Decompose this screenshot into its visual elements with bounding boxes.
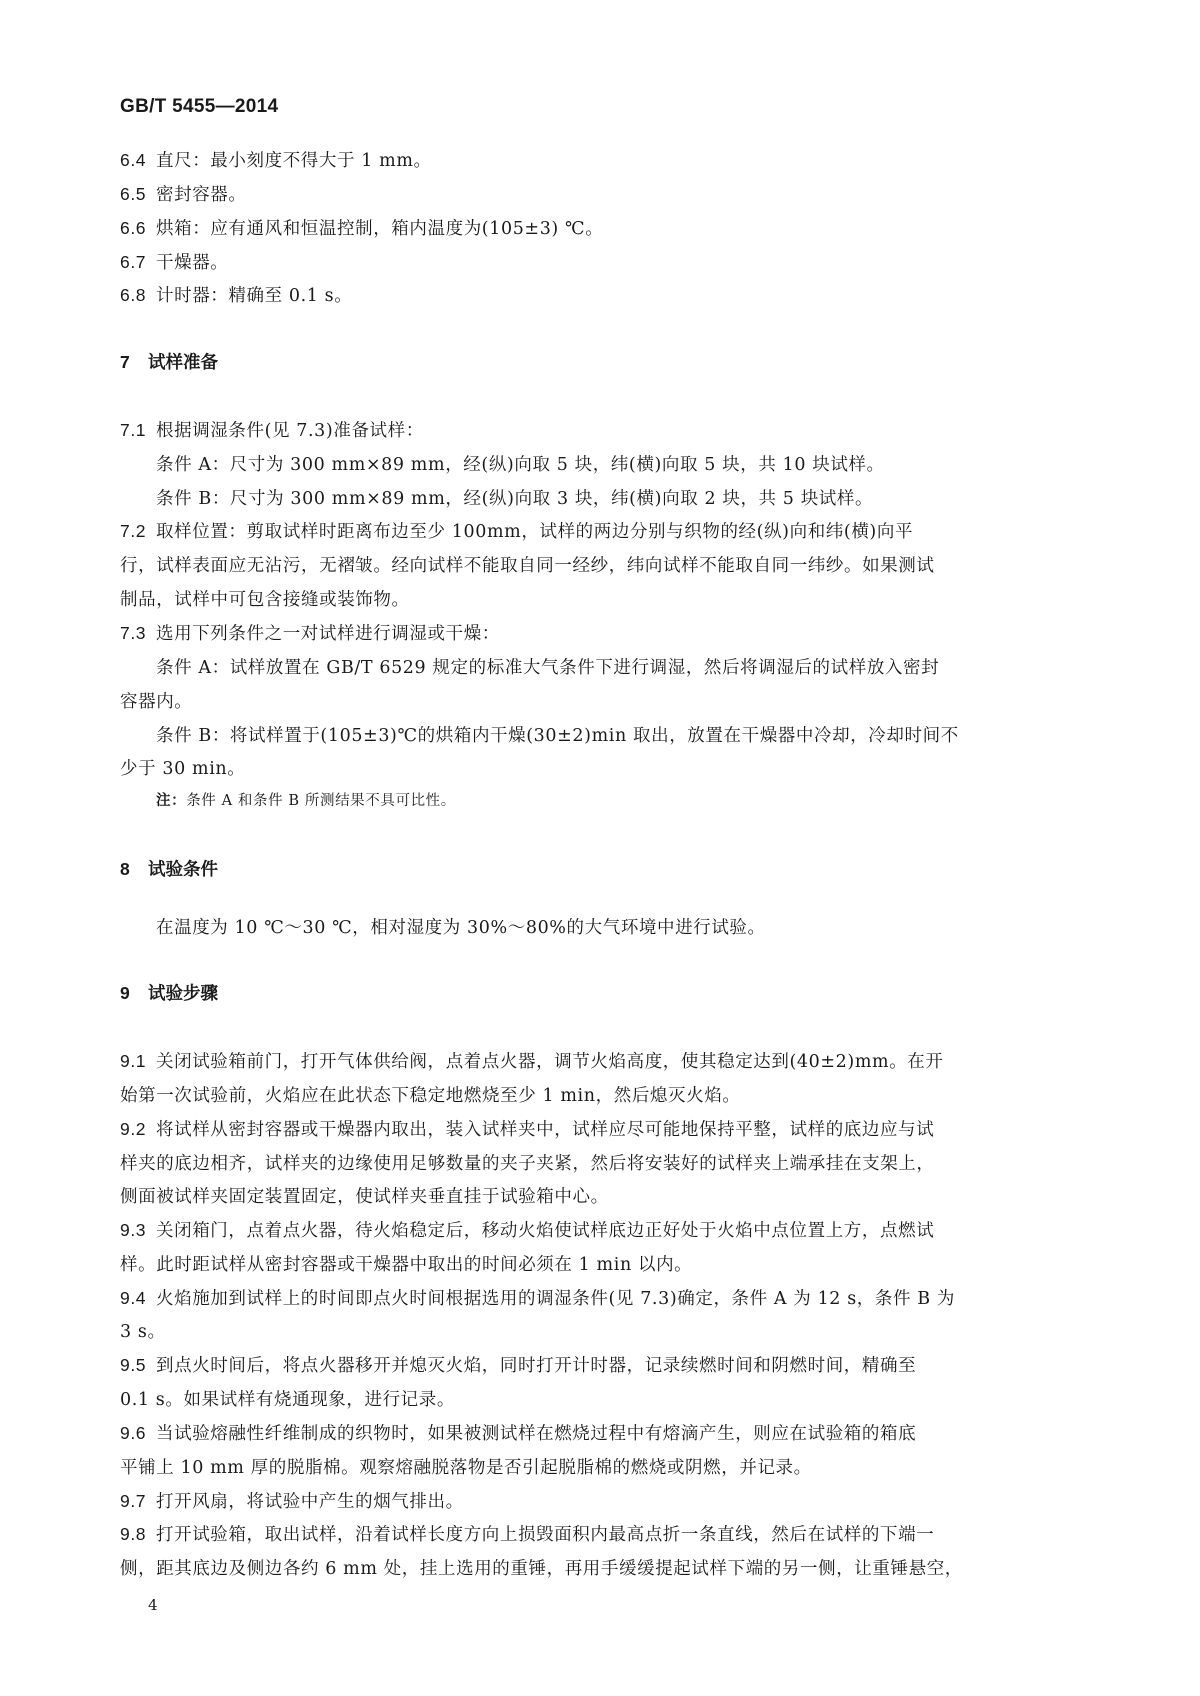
- section-8-heading: 8试验条件: [120, 856, 218, 881]
- clause-text: 当试验熔融性纤维制成的织物时，如果被测试样在燃烧过程中有熔滴产生，则应在试验箱的…: [156, 1424, 916, 1444]
- clause-number: 7.2: [120, 521, 156, 542]
- clause-number: 9.8: [120, 1524, 156, 1545]
- clause-text: 关闭箱门，点着点火器，待火焰稳定后，移动火焰使试样底边正好处于火焰中点位置上方，…: [156, 1221, 934, 1241]
- clause-number: 6.5: [120, 184, 156, 205]
- clause-number: 7.1: [120, 420, 156, 441]
- clause-7-3-condition-a-line2: 容器内。: [120, 688, 192, 713]
- clause-7-1-condition-b: 条件 B：尺寸为 300 mm×89 mm，经(纵)向取 3 块，纬(横)向取 …: [156, 485, 873, 510]
- clause-9-2-line2: 样夹的底边相齐，试样夹的边缘使用足够数量的夹子夹紧，然后将安装好的试样夹上端承挂…: [120, 1150, 935, 1175]
- clause-9-8: 9.8打开试验箱，取出试样，沿着试样长度方向上损毁面积内最高点折一条直线，然后在…: [120, 1521, 934, 1546]
- section-8-text: 在温度为 10 ℃～30 ℃，相对湿度为 30%～80%的大气环境中进行试验。: [156, 914, 766, 939]
- clause-7-2: 7.2取样位置：剪取试样时距离布边至少 100mm，试样的两边分别与织物的经(纵…: [120, 518, 913, 543]
- clause-number: 6.8: [120, 285, 156, 306]
- clause-text: 计时器：精确至 0.1 s。: [156, 286, 352, 306]
- section-title: 试样准备: [148, 353, 218, 373]
- clause-number: 9.5: [120, 1355, 156, 1376]
- note: 注：条件 A 和条件 B 所测结果不具可比性。: [156, 789, 456, 810]
- clause-9-4: 9.4火焰施加到试样上的时间即点火时间根据选用的调湿条件(见 7.3)确定，条件…: [120, 1285, 955, 1310]
- clause-9-8-line2: 侧，距其底边及侧边各约 6 mm 处，挂上选用的重锤，再用手缓缓提起试样下端的另…: [120, 1555, 963, 1580]
- clause-9-3: 9.3关闭箱门，点着点火器，待火焰稳定后，移动火焰使试样底边正好处于火焰中点位置…: [120, 1217, 934, 1242]
- clause-text: 直尺：最小刻度不得大于 1 mm。: [156, 151, 432, 171]
- clause-9-6: 9.6当试验熔融性纤维制成的织物时，如果被测试样在燃烧过程中有熔滴产生，则应在试…: [120, 1420, 916, 1445]
- clause-number: 9.6: [120, 1423, 156, 1444]
- clause-7-2-line3: 制品，试样中可包含接缝或装饰物。: [120, 586, 410, 611]
- clause-number: 6.4: [120, 150, 156, 171]
- clause-number: 6.7: [120, 252, 156, 273]
- clause-6-6: 6.6烘箱：应有通风和恒温控制，箱内温度为(105±3) ℃。: [120, 215, 603, 240]
- clause-number: 9.2: [120, 1119, 156, 1140]
- clause-number: 9.7: [120, 1491, 156, 1512]
- section-number: 7: [120, 352, 148, 373]
- clause-text: 选用下列条件之一对试样进行调湿或干燥：: [156, 624, 500, 644]
- clause-number: 7.3: [120, 623, 156, 644]
- clause-text: 烘箱：应有通风和恒温控制，箱内温度为(105±3) ℃。: [156, 219, 603, 239]
- clause-text: 打开试验箱，取出试样，沿着试样长度方向上损毁面积内最高点折一条直线，然后在试样的…: [156, 1525, 934, 1545]
- clause-text: 关闭试验箱前门，打开气体供给阀，点着点火器，调节火焰高度，使其稳定达到(40±2…: [156, 1052, 944, 1072]
- clause-text: 取样位置：剪取试样时距离布边至少 100mm，试样的两边分别与织物的经(纵)向和…: [156, 522, 913, 542]
- section-number: 9: [120, 983, 148, 1004]
- clause-7-1-condition-a: 条件 A：尺寸为 300 mm×89 mm，经(纵)向取 5 块，纬(横)向取 …: [156, 451, 885, 476]
- clause-text: 干燥器。: [156, 253, 228, 273]
- clause-7-3-condition-a: 条件 A：试样放置在 GB/T 6529 规定的标准大气条件下进行调湿，然后将调…: [156, 654, 939, 679]
- clause-7-3-condition-b-line2: 少于 30 min。: [120, 755, 245, 780]
- document-page: GB/T 5455—2014 6.4直尺：最小刻度不得大于 1 mm。 6.5密…: [0, 0, 1200, 1696]
- clause-6-5: 6.5密封容器。: [120, 181, 247, 206]
- section-9-heading: 9试验步骤: [120, 980, 218, 1005]
- section-title: 试验步骤: [148, 984, 218, 1004]
- clause-9-1: 9.1关闭试验箱前门，打开气体供给阀，点着点火器，调节火焰高度，使其稳定达到(4…: [120, 1048, 944, 1073]
- clause-9-1-line2: 始第一次试验前，火焰应在此状态下稳定地燃烧至少 1 min，然后熄灭火焰。: [120, 1082, 740, 1107]
- clause-number: 9.1: [120, 1051, 156, 1072]
- clause-6-8: 6.8计时器：精确至 0.1 s。: [120, 282, 352, 307]
- clause-9-3-line2: 样。此时距试样从密封容器或干燥器中取出的时间必须在 1 min 以内。: [120, 1251, 692, 1276]
- standard-code-header: GB/T 5455—2014: [120, 96, 278, 118]
- section-number: 8: [120, 859, 148, 880]
- clause-text: 火焰施加到试样上的时间即点火时间根据选用的调湿条件(见 7.3)确定，条件 A …: [156, 1289, 955, 1309]
- clause-text: 将试样从密封容器或干燥器内取出，装入试样夹中，试样应尽可能地保持平整，试样的底边…: [156, 1120, 934, 1140]
- clause-9-5: 9.5到点火时间后，将点火器移开并熄灭火焰，同时打开计时器，记录续燃时间和阴燃时…: [120, 1352, 916, 1377]
- note-label: 注：: [156, 793, 186, 809]
- clause-7-2-line2: 行，试样表面应无沾污，无褶皱。经向试样不能取自同一经纱，纬向试样不能取自同一纬纱…: [120, 552, 935, 577]
- clause-number: 9.3: [120, 1220, 156, 1241]
- clause-number: 9.4: [120, 1288, 156, 1309]
- clause-9-5-line2: 0.1 s。如果试样有烧通现象，进行记录。: [120, 1386, 455, 1411]
- clause-7-3-condition-b: 条件 B：将试样置于(105±3)℃的烘箱内干燥(30±2)min 取出，放置在…: [156, 722, 959, 747]
- page-number: 4: [148, 1596, 158, 1614]
- clause-9-2-line3: 侧面被试样夹固定装置固定，使试样夹垂直挂于试验箱中心。: [120, 1183, 609, 1208]
- clause-7-3: 7.3选用下列条件之一对试样进行调湿或干燥：: [120, 620, 500, 645]
- clause-text: 打开风扇，将试验中产生的烟气排出。: [156, 1492, 464, 1512]
- section-7-heading: 7试样准备: [120, 349, 218, 374]
- clause-7-1: 7.1根据调湿条件(见 7.3)准备试样：: [120, 417, 424, 442]
- section-title: 试验条件: [148, 860, 218, 880]
- clause-text: 密封容器。: [156, 185, 247, 205]
- clause-6-4: 6.4直尺：最小刻度不得大于 1 mm。: [120, 147, 432, 172]
- clause-6-7: 6.7干燥器。: [120, 249, 228, 274]
- clause-text: 根据调湿条件(见 7.3)准备试样：: [156, 421, 424, 441]
- clause-9-4-line2: 3 s。: [120, 1318, 166, 1343]
- clause-9-6-line2: 平铺上 10 mm 厚的脱脂棉。观察熔融脱落物是否引起脱脂棉的燃烧或阴燃，并记录…: [120, 1454, 812, 1479]
- clause-9-7: 9.7打开风扇，将试验中产生的烟气排出。: [120, 1488, 464, 1513]
- clause-text: 到点火时间后，将点火器移开并熄灭火焰，同时打开计时器，记录续燃时间和阴燃时间，精…: [156, 1356, 916, 1376]
- note-text: 条件 A 和条件 B 所测结果不具可比性。: [186, 793, 456, 809]
- clause-number: 6.6: [120, 218, 156, 239]
- clause-9-2: 9.2将试样从密封容器或干燥器内取出，装入试样夹中，试样应尽可能地保持平整，试样…: [120, 1116, 934, 1141]
